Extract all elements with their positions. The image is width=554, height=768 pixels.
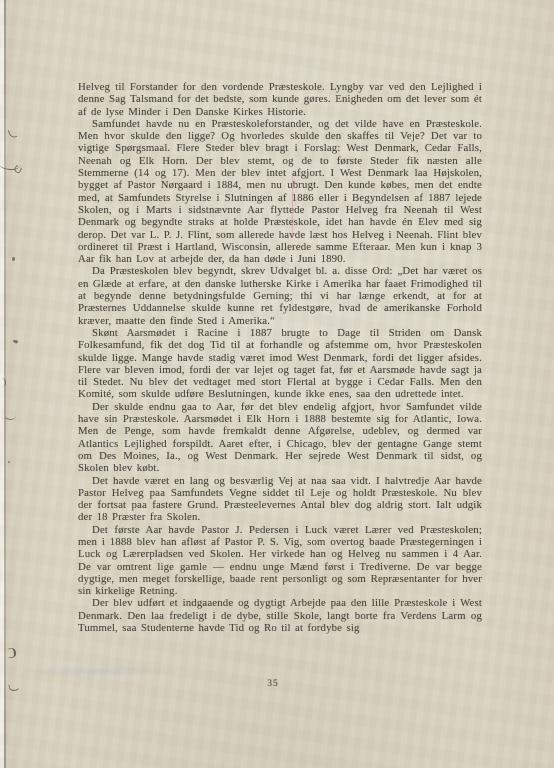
paragraph: Der skulde endnu gaa to Aar, før det ble… xyxy=(78,401,482,475)
paragraph: Det havde været en lang og besværlig Vej… xyxy=(78,475,482,524)
scan-artifact-smudge xyxy=(20,666,175,677)
paragraph: Samfundet havde nu en Præsteskoleforstan… xyxy=(78,118,482,266)
pencil-margin-mark xyxy=(8,128,17,139)
scan-artifact-pink-line xyxy=(292,176,293,238)
book-page: Helveg til Forstander for den vordende P… xyxy=(0,0,554,768)
page-number: 35 xyxy=(78,679,468,689)
pencil-margin-mark xyxy=(13,339,19,344)
pencil-margin-mark xyxy=(8,461,10,463)
paragraph: Der blev udført et indgaaende og dygtigt… xyxy=(78,597,482,634)
pencil-margin-mark xyxy=(8,648,17,659)
binding-edge-line xyxy=(4,0,6,768)
text-block: Helveg til Forstander for den vordende P… xyxy=(78,81,482,634)
paragraph: Skønt Aarsmødet i Racine i 1887 brugte t… xyxy=(78,327,482,401)
paragraph: Det første Aar havde Pastor J. Pedersen … xyxy=(78,524,482,598)
pencil-margin-mark xyxy=(8,683,19,692)
pencil-margin-mark xyxy=(4,411,16,421)
paragraph: Helveg til Forstander for den vordende P… xyxy=(78,81,482,118)
paragraph: Da Præsteskolen blev begyndt, skrev Udva… xyxy=(78,265,482,326)
pencil-margin-mark xyxy=(12,257,15,261)
